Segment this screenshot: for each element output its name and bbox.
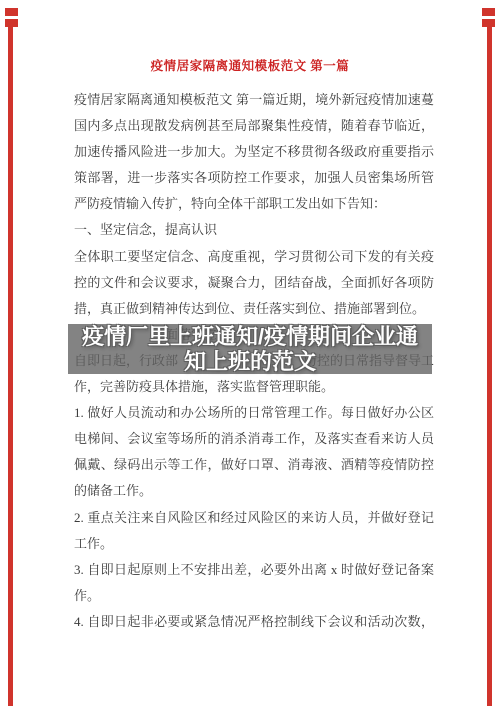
doc-line: 4. 自即日起非必要或紧急情况严格控制线下会议和活动次数，倡导 — [74, 609, 434, 635]
doc-line: 一、坚定信念，提高认识 — [74, 217, 434, 243]
doc-line: 佩戴、绿码出示等工作，做好口罩、消毒液、酒精等疫情防控物资 — [74, 452, 434, 478]
doc-line: 作。 — [74, 583, 434, 609]
doc-line: 策部署，进一步落实各项防控工作要求，加强人员密集场所管控， — [74, 165, 434, 191]
corner-mark-top-right-lower — [482, 19, 495, 27]
corner-mark-top-left-lower — [5, 19, 18, 27]
left-edge-bar — [8, 27, 13, 706]
doc-line: 严防疫情输入传扩，特向全体干部职工发出如下告知： — [74, 191, 434, 217]
watermark-overlay-banner: 疫情厂里上班通知/疫情期间企业通 知上班的范文 — [68, 324, 432, 374]
watermark-text-line1: 疫情厂里上班通知/疫情期间企业通 — [82, 324, 418, 349]
right-edge-bar — [487, 27, 492, 706]
doc-line: 的储备工作。 — [74, 478, 434, 504]
watermark-text-line2: 知上班的范文 — [184, 349, 316, 374]
doc-line: 措，真正做到精神传达到位、责任落实到位、措施部署到位。 — [74, 296, 434, 322]
doc-line: 作，完善防疫具体措施，落实监督管理职能。 — [74, 374, 434, 400]
doc-line: 2. 重点关注来自风险区和经过风险区的来访人员，并做好登记备案 — [74, 505, 434, 531]
doc-line: 3. 自即日起原则上不安排出差，必要外出离 x 时做好登记备案工 — [74, 557, 434, 583]
doc-line: 国内多点出现散发病例甚至局部聚集性疫情，随着春节临近，疫情 — [74, 113, 434, 139]
doc-line: 工作。 — [74, 531, 434, 557]
corner-mark-top-right-upper — [482, 8, 495, 16]
doc-line: 疫情居家隔离通知模板范文 第一篇近期，境外新冠疫情加速蔓延， — [74, 87, 434, 113]
doc-line: 控的文件和会议要求，凝聚合力，团结奋战，全面抓好各项防控举 — [74, 270, 434, 296]
doc-line: 1. 做好人员流动和办公场所的日常管理工作。每日做好办公区域、 — [74, 400, 434, 426]
doc-line: 电梯间、会议室等场所的消杀消毒工作，及落实查看来访人员口罩 — [74, 426, 434, 452]
corner-mark-top-left-upper — [5, 8, 18, 16]
document-title: 疫情居家隔离通知模板范文 第一篇 — [40, 56, 460, 74]
doc-line: 全体职工要坚定信念、高度重视，学习贯彻公司下发的有关疫情防 — [74, 244, 434, 270]
doc-line: 加速传播风险进一步加大。为坚定不移贯彻各级政府重要指示和决 — [74, 139, 434, 165]
page-background: 疫情居家隔离通知模板范文 第一篇 疫情居家隔离通知模板范文 第一篇近期，境外新冠… — [0, 0, 500, 706]
